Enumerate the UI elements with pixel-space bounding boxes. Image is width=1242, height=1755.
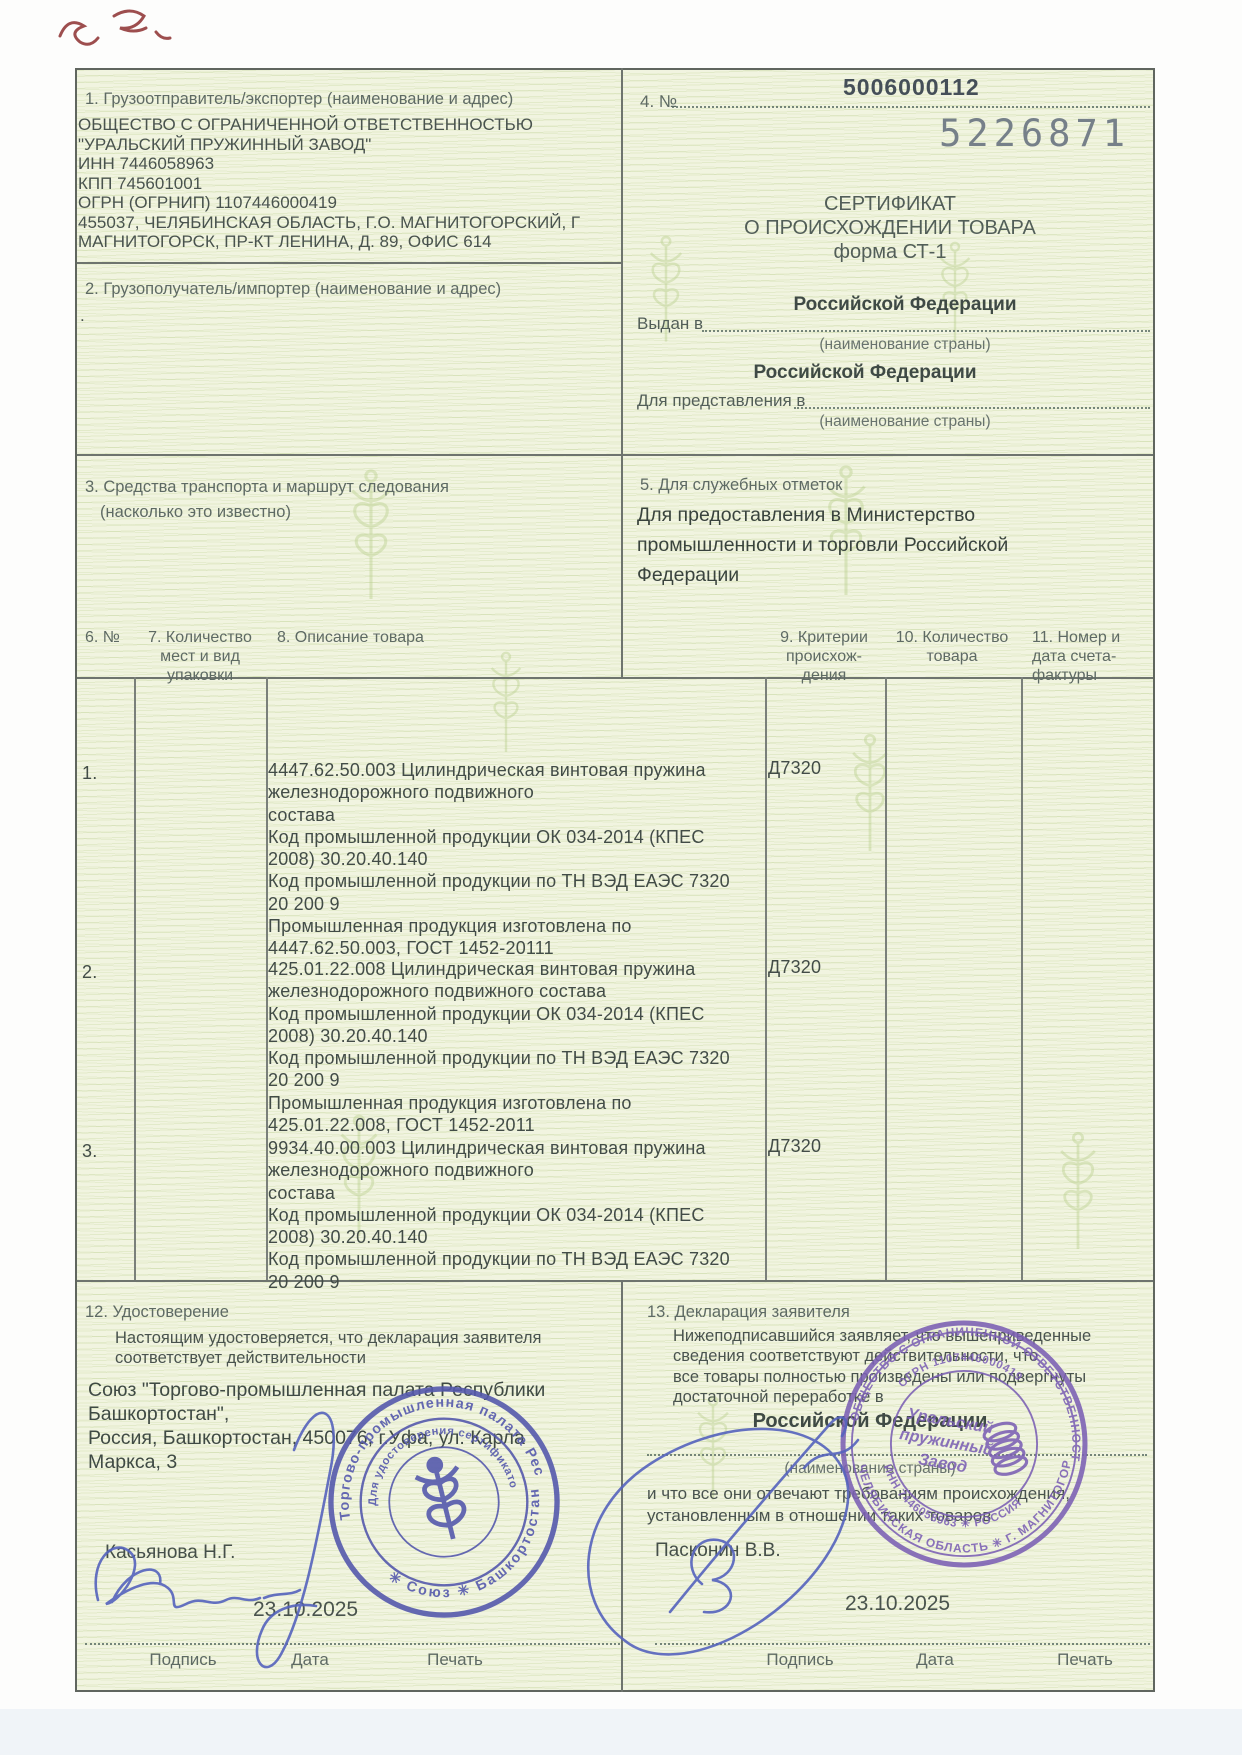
svg-text:Завод: Завод [917,1450,969,1476]
table-row-number: 2. [82,961,97,983]
certificate-top-number: 5006000112 [843,74,980,101]
issued-line [702,328,1150,332]
table-row-number: 3. [82,1140,97,1162]
divider [765,677,767,1280]
divider [885,677,887,1280]
factory-stamp-center-text: Уральский пружинный Завод [895,1404,999,1480]
box4-number-line [672,104,1150,108]
presented-hint: (наименование страны) [695,413,1115,431]
table-row-description: 4447.62.50.003 Цилиндрическая винтовая п… [268,759,765,960]
signature-right [552,1372,897,1677]
table-row-criteria: Д7320 [768,757,821,779]
divider [134,677,136,1280]
table-row-description: 9934.40.00.003 Цилиндрическая винтовая п… [268,1137,765,1293]
table-header-col9: 9. Критериипроисхож-дения [765,628,883,685]
certificate-title: СЕРТИФИКАТО ПРОИСХОЖДЕНИИ ТОВАРАформа СТ… [640,192,1140,264]
box3-label: 3. Средства транспорта и маршрут следова… [85,478,449,497]
box12-footer-stamp-label: Печать [390,1650,520,1670]
presented-line [794,405,1150,409]
table-row-description: 425.01.22.008 Цилиндрическая винтовая пр… [268,958,765,1136]
caduceus-watermark-icon [482,648,530,760]
table-header-col11: 11. Номер идата счета-фактуры [1032,628,1152,685]
caduceus-icon [413,1454,474,1544]
red-pen-marks-icon [48,2,178,60]
box13-label: 13. Декларация заявителя [647,1303,850,1322]
signature-left [68,1352,398,1682]
box3-sublabel: (насколько это известно) [100,503,291,522]
caduceus-watermark-icon [1050,1126,1106,1260]
table-row-number: 1. [82,762,97,784]
table-row-criteria: Д7320 [768,956,821,978]
divider [1021,677,1023,1280]
spring-coil-icon [982,1420,1029,1478]
chamber-stamp-ring-bottom-text: ✳ Союз ✳ Башкортостан [371,1484,564,1617]
box2-label: 2. Грузополучатель/импортер (наименовани… [85,280,501,299]
box1-exporter-text: ОБЩЕСТВО С ОГРАНИЧЕННОЙ ОТВЕТСТВЕННОСТЬЮ… [78,115,623,252]
table-header-col10: 10. Количествотовара [885,628,1019,666]
box13-footer-stamp-label: Печать [1020,1650,1150,1670]
divider [77,454,1153,456]
scan-bottom-edge [0,1709,1242,1755]
box5-label: 5. Для служебных отметок [640,476,842,495]
issued-country: Российской Федерации [695,294,1115,316]
box2-importer-text: . [80,306,85,326]
blank-number: 5226871 [930,112,1130,155]
box1-label: 1. Грузоотправитель/экспортер (наименова… [85,90,513,109]
table-header-col8: 8. Описание товара [277,628,424,647]
scanned-certificate-page: 1. Грузоотправитель/экспортер (наименова… [0,0,1242,1755]
table-row-criteria: Д7320 [768,1135,821,1157]
divider [77,262,621,264]
issued-hint: (наименование страны) [695,336,1115,354]
svg-text:✳ Союз ✳ Башкортостан: ✳ Союз ✳ Башкортостан [371,1484,564,1617]
box12-label: 12. Удостоверение [85,1303,229,1322]
presented-country: Российской Федерации [655,362,1075,384]
caduceus-watermark-icon [842,728,898,862]
table-header-col7: 7. Количествомест и видупаковки [136,628,264,685]
table-header-col6: 6. № [85,628,120,647]
issued-label: Выдан в [637,314,703,334]
box5-official-notes: Для предоставления в Министерствопромышл… [637,500,1142,590]
box4-label: 4. № [640,92,677,112]
presented-label: Для представления в [637,391,805,411]
